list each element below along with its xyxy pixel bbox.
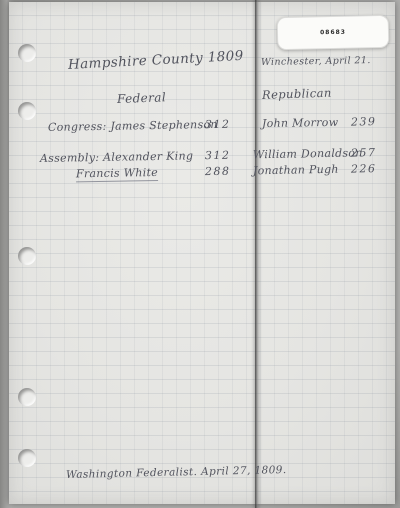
republican-vote-count: 239 bbox=[351, 115, 377, 128]
federal-candidate-name: Alexander King bbox=[103, 149, 193, 164]
office-label: Assembly: bbox=[40, 151, 103, 165]
office-and-federal-candidate: Assembly: Alexander King bbox=[40, 149, 194, 165]
punch-hole bbox=[18, 102, 36, 120]
scanned-document-page: 08683 Hampshire County 1809 Winchester, … bbox=[0, 0, 400, 508]
column-header-republican: Republican bbox=[262, 86, 332, 102]
federal-vote-count: 312 bbox=[205, 149, 231, 162]
punch-hole bbox=[18, 388, 36, 406]
office-label: Congress: bbox=[48, 120, 111, 134]
federal-vote-count: 312 bbox=[205, 118, 231, 131]
page-fold-line bbox=[255, 0, 258, 508]
archive-number: 08683 bbox=[320, 29, 346, 37]
punch-hole bbox=[18, 449, 36, 467]
punch-hole bbox=[18, 44, 36, 62]
archive-label-sticker: 08683 bbox=[277, 15, 390, 50]
column-header-federal: Federal bbox=[117, 90, 167, 106]
office-and-federal-candidate: Congress: James Stephenson bbox=[48, 118, 218, 134]
office-and-federal-candidate: Francis White bbox=[76, 166, 158, 180]
republican-candidate-name: Jonathan Pugh bbox=[253, 163, 339, 177]
ledger-paper bbox=[9, 2, 395, 504]
dateline: Winchester, April 21. bbox=[261, 55, 371, 68]
federal-candidate-name: James Stephenson bbox=[110, 118, 218, 133]
republican-candidate-name: William Donaldson bbox=[253, 146, 363, 161]
republican-vote-count: 257 bbox=[351, 146, 377, 159]
federal-vote-count: 288 bbox=[205, 165, 231, 178]
federal-candidate-name: Francis White bbox=[76, 166, 158, 182]
punch-hole bbox=[18, 247, 36, 265]
republican-candidate-name: John Morrow bbox=[262, 116, 339, 130]
republican-vote-count: 226 bbox=[351, 162, 377, 175]
